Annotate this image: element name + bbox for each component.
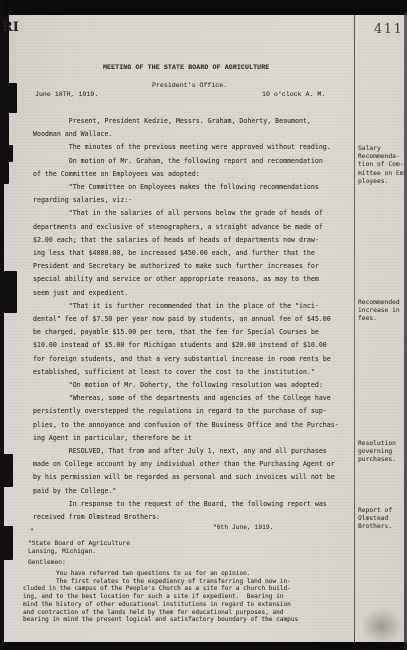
page-number: 411	[374, 22, 403, 37]
margin-note-olmstead-report: Report of Olmstead Brothers.	[358, 507, 404, 532]
meeting-time: 10 o'clock A. M.	[262, 91, 325, 98]
edge-text-fragment: RI	[2, 20, 19, 35]
letter-open-quote: "	[30, 528, 34, 535]
letter-addressee-line2: Lansing, Michigan.	[28, 548, 96, 555]
scan-edge-left-blob	[0, 83, 17, 113]
scan-edge-bottom	[0, 642, 407, 650]
letter-date-line: "6th June, 1919.	[213, 524, 273, 531]
scan-edge-left-blob	[0, 271, 17, 313]
document-title: MEETING OF THE STATE BOARD OF AGRICULTUR…	[103, 64, 269, 71]
margin-note-salary-recommendation: Salary Recommenda- tion of Com- mittee o…	[358, 145, 404, 186]
letter-body-text: You have referred two questions to us fo…	[23, 570, 298, 624]
document-subtitle: President's Office.	[152, 82, 227, 89]
scan-edge-left-blob	[0, 526, 13, 560]
letter-addressee-line1: "State Board of Agriculture	[28, 540, 130, 547]
meeting-date: June 18TH, 1919.	[35, 91, 98, 98]
scanned-minutes-page: RI 411 MEETING OF THE STATE BOARD OF AGR…	[0, 0, 407, 650]
margin-note-purchases-resolution: Resolution governing purchases.	[358, 440, 404, 465]
scan-smudge	[361, 608, 403, 644]
scan-edge-left-blob	[0, 454, 13, 487]
scan-edge-left-blob	[0, 145, 13, 162]
scan-edge-top	[0, 0, 407, 15]
margin-note-fee-increase: Recommended increase in fees.	[358, 299, 404, 324]
minutes-body-text: Present, President Kedzie, Messrs. Graha…	[33, 115, 339, 524]
letter-salutation: Gentlemen:	[28, 559, 66, 566]
margin-rule	[354, 14, 355, 642]
